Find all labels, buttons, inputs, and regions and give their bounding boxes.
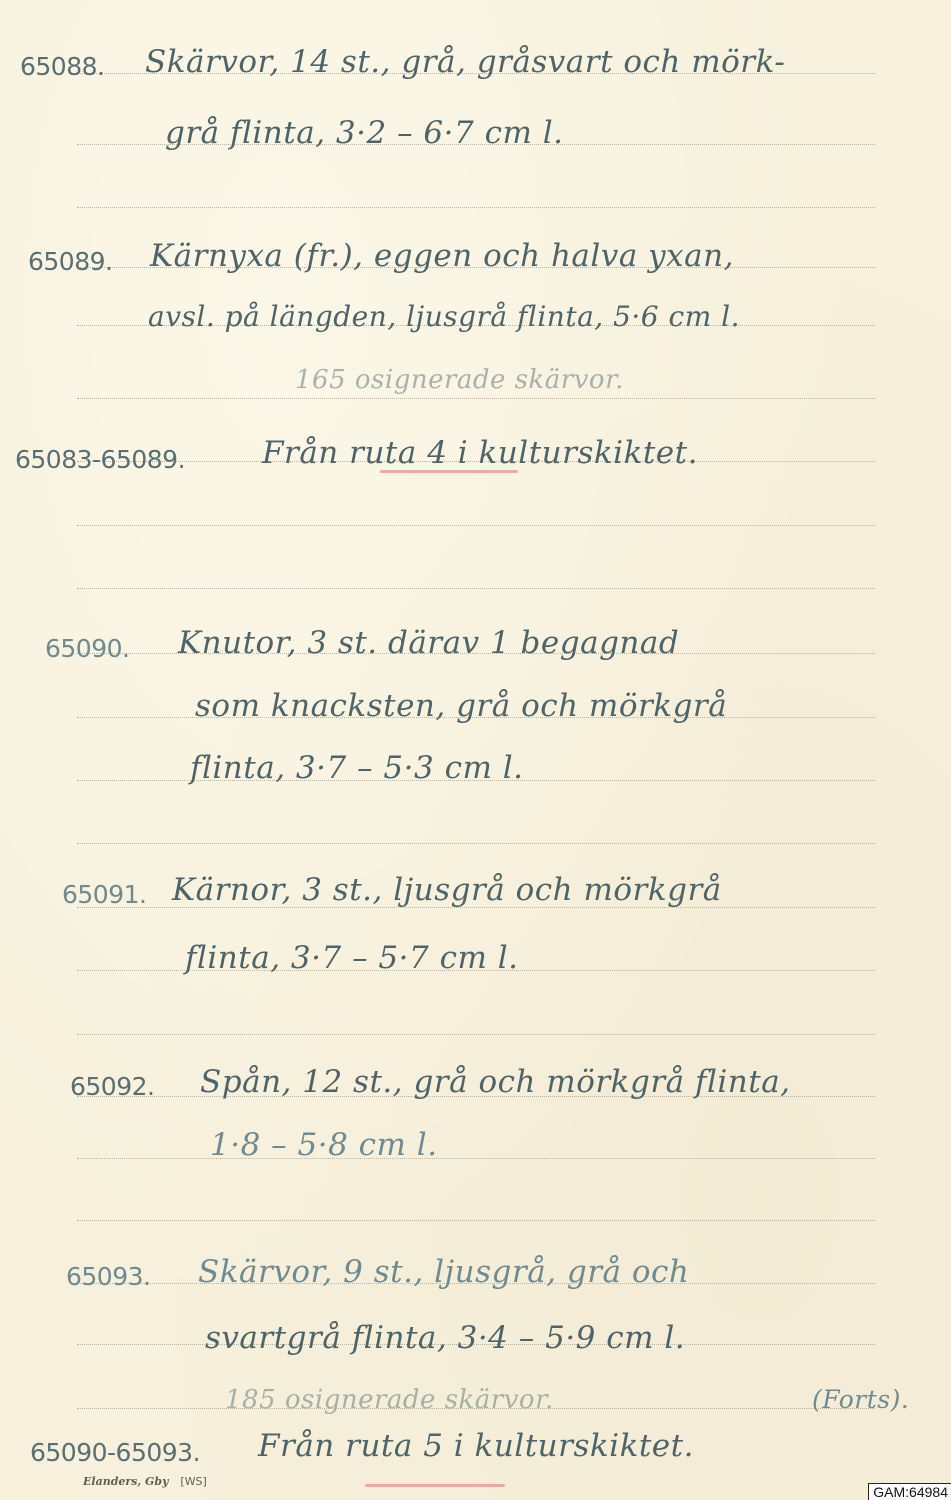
entry-number: 65083-65089. [15, 445, 185, 474]
ruled-line [77, 1158, 875, 1159]
unsigned-note: 185 osignerade skärvor. [225, 1385, 554, 1415]
entry-number: 65092. [70, 1072, 154, 1101]
entry-line: Från ruta 4 i kulturskiktet. [262, 435, 698, 471]
entry-line: Skärvor, 14 st., grå, gråsvart och mörk- [145, 44, 785, 80]
entry-line: Från ruta 5 i kulturskiktet. [258, 1428, 694, 1464]
entry-line: Kärnor, 3 st., ljusgrå och mörkgrå [172, 872, 722, 908]
ruled-line [77, 1034, 875, 1035]
entry-number: 65090-65093. [30, 1438, 200, 1467]
entry-line: 1·8 – 5·8 cm l. [210, 1127, 438, 1163]
ruled-line [77, 207, 875, 208]
red-underline [365, 1484, 505, 1487]
ruled-line [77, 525, 875, 526]
ruled-line [77, 843, 875, 844]
unsigned-note: 165 osignerade skärvor. [295, 365, 624, 395]
entry-line: Kärnyxa (fr.), eggen och halva yxan, [150, 238, 734, 274]
ruled-line [77, 588, 875, 589]
entry-line: avsl. på längden, ljusgrå flinta, 5·6 cm… [148, 300, 740, 333]
ruled-line [77, 1220, 875, 1221]
printer-imprint: Elanders, Gby [WS] [83, 1475, 207, 1488]
ruled-line [77, 398, 875, 399]
entry-number: 65090. [45, 634, 129, 663]
entry-number: 65093. [66, 1262, 150, 1291]
entry-line: Skärvor, 9 st., ljusgrå, grå och [198, 1254, 689, 1290]
entry-line: Spån, 12 st., grå och mörkgrå flinta, [200, 1064, 791, 1100]
catalogue-id-label: GAM:64984 [868, 1483, 951, 1500]
catalogue-card: 65088. Skärvor, 14 st., grå, gråsvart oc… [0, 0, 951, 1500]
continued-mark: (Forts). [812, 1385, 909, 1414]
entry-line: flinta, 3·7 – 5·3 cm l. [190, 750, 523, 786]
printer-code: [WS] [180, 1475, 206, 1488]
entry-number: 65089. [28, 247, 112, 276]
entry-line: Knutor, 3 st. därav 1 begagnad [178, 625, 679, 661]
entry-number: 65091. [62, 880, 146, 909]
red-underline [380, 470, 518, 473]
entry-line: som knacksten, grå och mörkgrå [195, 688, 727, 724]
printer-name: Elanders, Gby [83, 1475, 169, 1488]
entry-line: grå flinta, 3·2 – 6·7 cm l. [165, 115, 563, 151]
entry-line: flinta, 3·7 – 5·7 cm l. [185, 940, 518, 976]
entry-line: svartgrå flinta, 3·4 – 5·9 cm l. [205, 1320, 685, 1356]
entry-number: 65088. [20, 52, 104, 81]
